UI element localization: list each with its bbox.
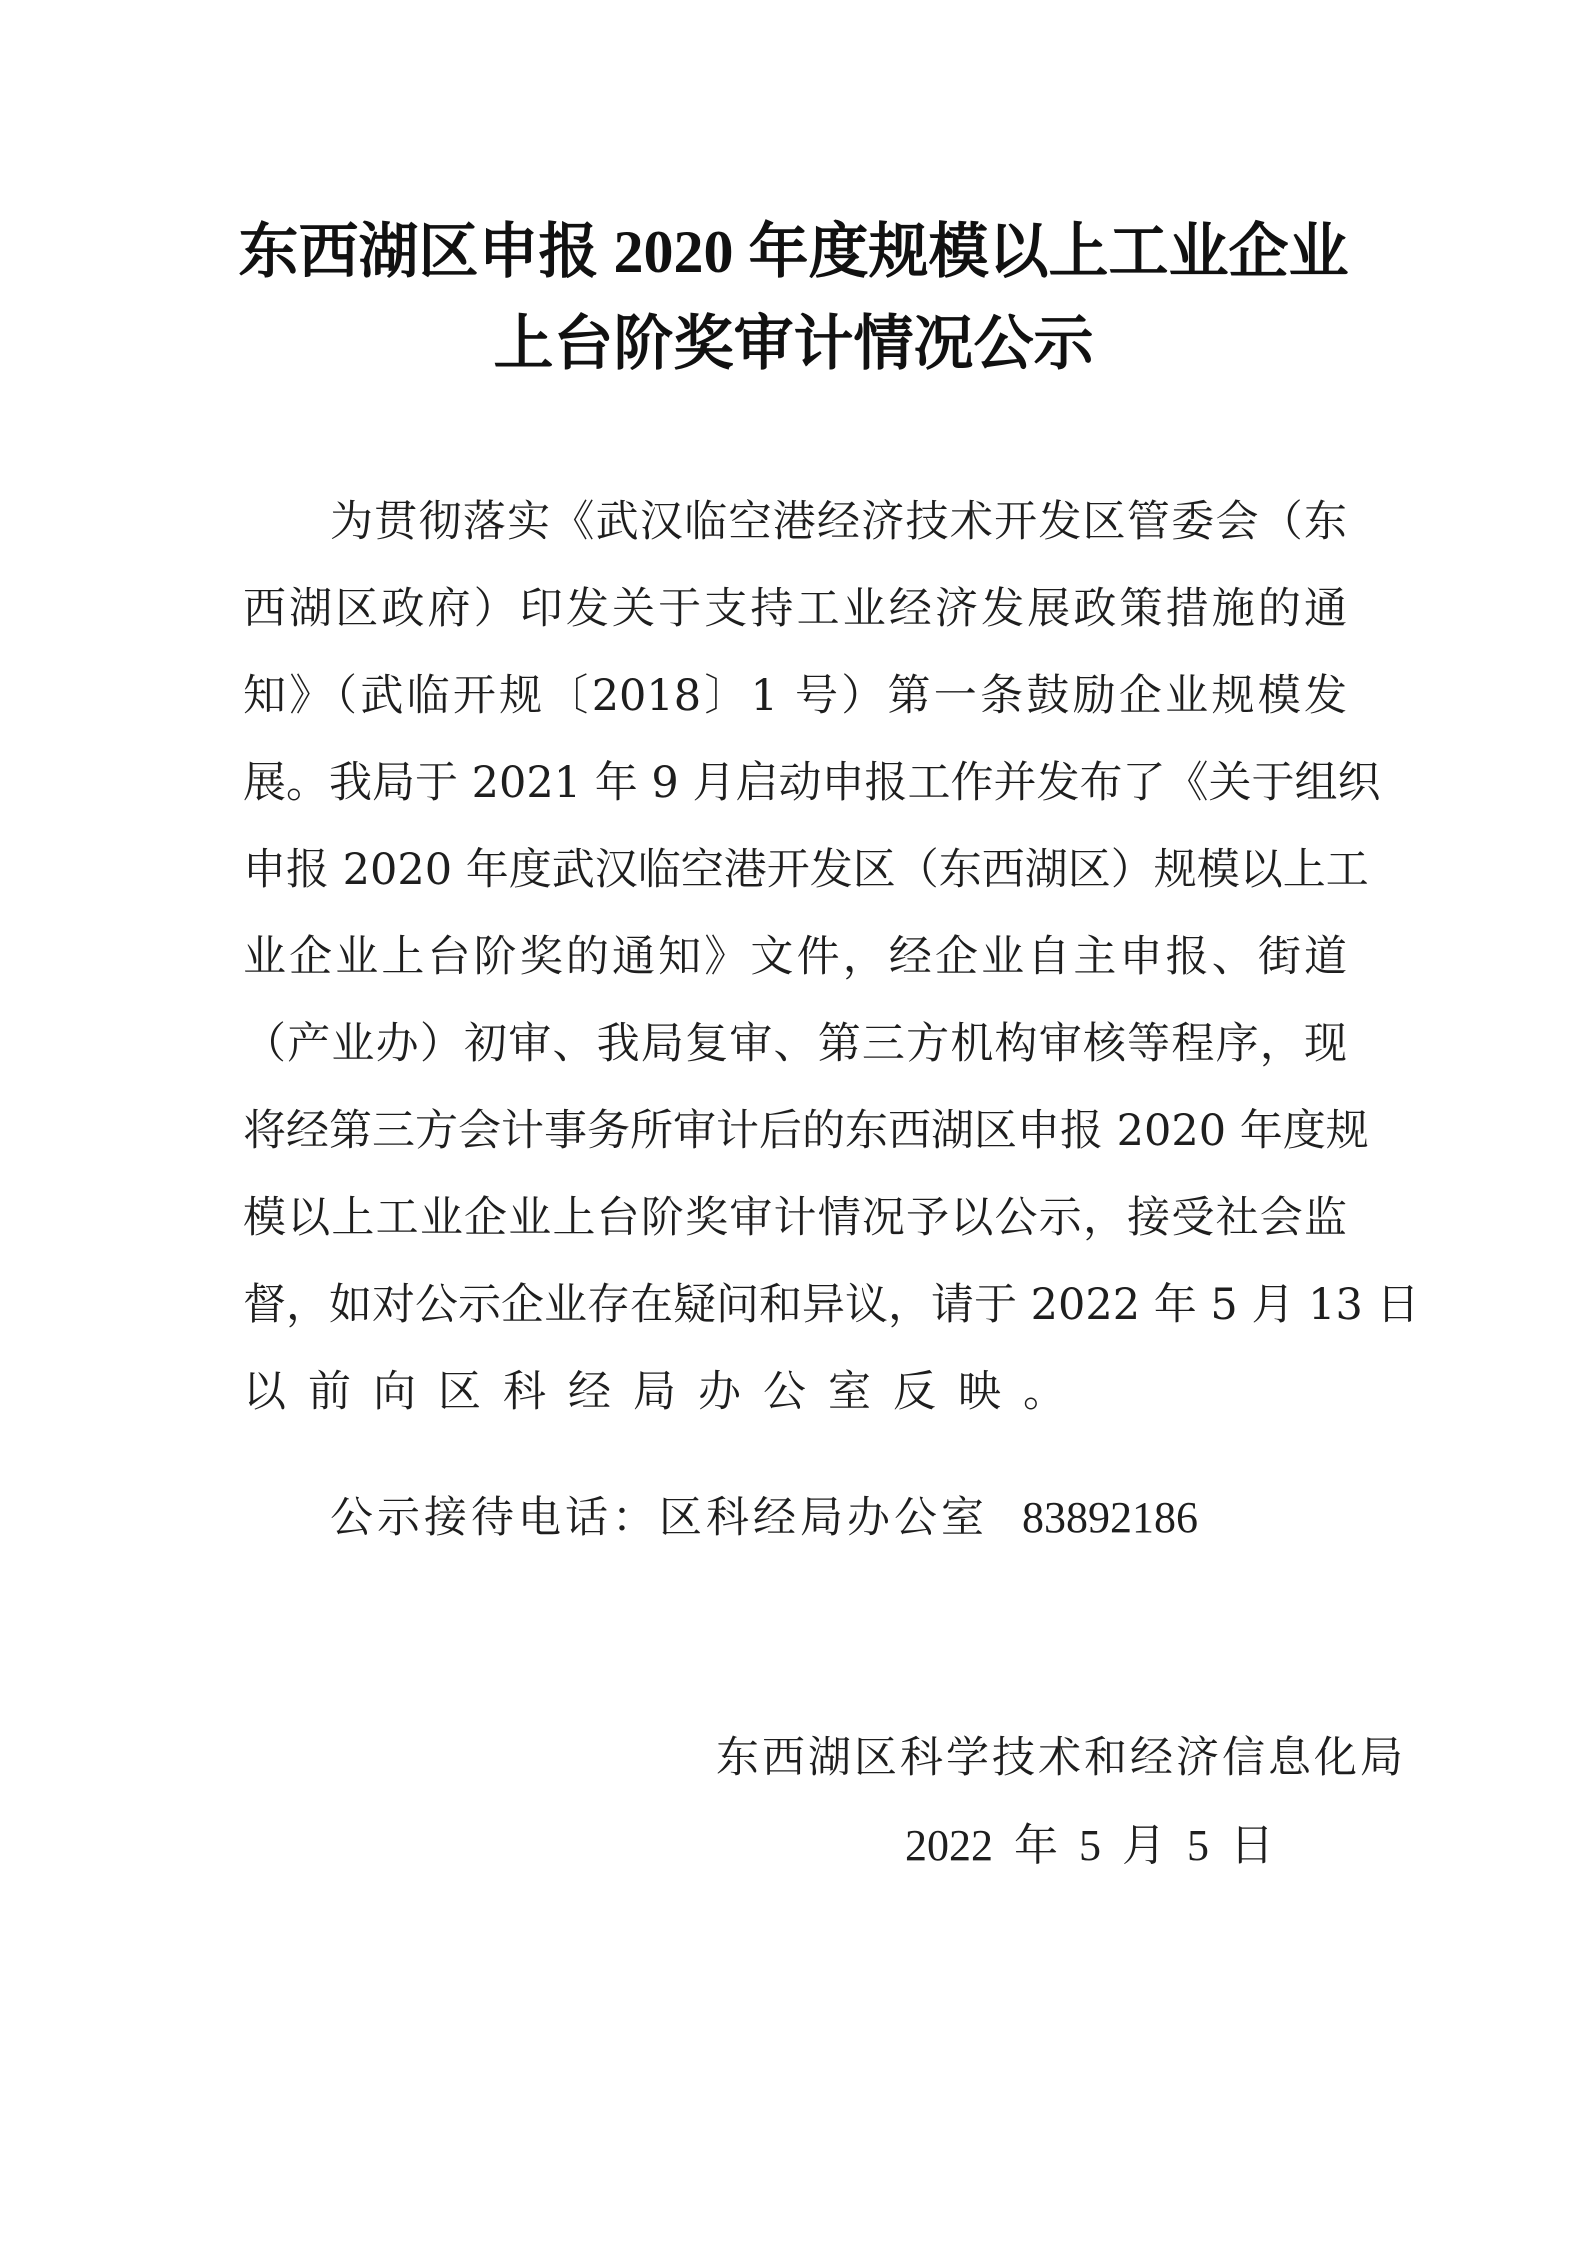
contact-phone: 83892186 bbox=[1022, 1493, 1198, 1542]
body-line: 西湖区政府）印发关于支持工业经济发展政策措施的通 bbox=[243, 584, 1347, 634]
document-title-line-1: 东西湖区申报 2020 年度规模以上工业企业 bbox=[0, 222, 1587, 282]
body-line: 申报 2020 年度武汉临空港开发区（东西湖区）规模以上工 bbox=[243, 845, 1347, 895]
body-line: 以前向区科经局办公室反映。 bbox=[243, 1367, 1347, 1417]
signature-date: 2022 年 5 月 5 日 bbox=[905, 1821, 1274, 1871]
body-line: 为贯彻落实《武汉临空港经济技术开发区管委会（东 bbox=[330, 497, 1347, 547]
body-line: （产业办）初审、我局复审、第三方机构审核等程序，现 bbox=[243, 1019, 1347, 1069]
body-line: 知》（武临开规〔2018〕1 号）第一条鼓励企业规模发 bbox=[243, 671, 1347, 721]
document-page: 东西湖区申报 2020 年度规模以上工业企业 上台阶奖审计情况公示 为贯彻落实《… bbox=[0, 0, 1587, 2245]
body-line: 督，如对公示企业存在疑问和异议，请于 2022 年 5 月 13 日 bbox=[243, 1280, 1347, 1330]
signature-organization: 东西湖区科学技术和经济信息化局 bbox=[716, 1733, 1406, 1783]
body-line: 将经第三方会计事务所审计后的东西湖区申报 2020 年度规 bbox=[243, 1106, 1347, 1156]
body-line: 模以上工业企业上台阶奖审计情况予以公示，接受社会监 bbox=[243, 1193, 1347, 1243]
contact-label: 公示接待电话： bbox=[330, 1493, 659, 1543]
contact-office: 区科经局办公室 bbox=[659, 1493, 988, 1543]
body-line: 展。我局于 2021 年 9 月启动申报工作并发布了《关于组织 bbox=[243, 758, 1347, 808]
document-title-line-2: 上台阶奖审计情况公示 bbox=[0, 314, 1587, 374]
contact-info: 公示接待电话：区科经局办公室83892186 bbox=[330, 1493, 1198, 1543]
body-line: 业企业上台阶奖的通知》文件，经企业自主申报、街道 bbox=[243, 932, 1347, 982]
